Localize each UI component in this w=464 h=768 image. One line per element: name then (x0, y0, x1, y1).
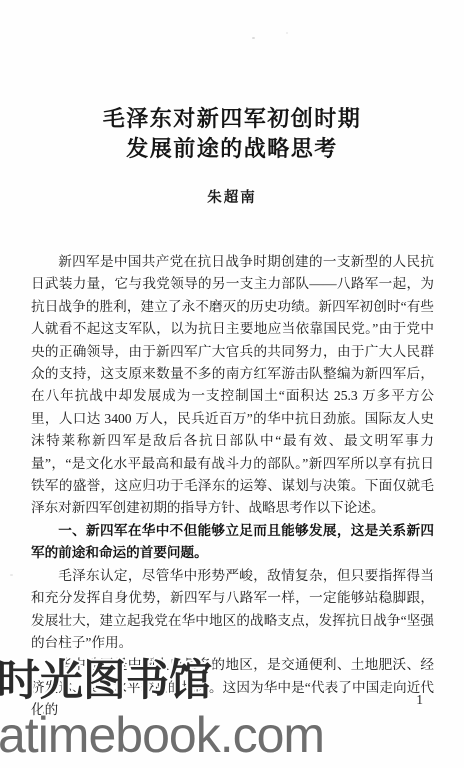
website-watermark-text: atimebook.com (0, 708, 324, 763)
article-title-line2: 发展前途的战略思考 (0, 134, 464, 164)
paragraph-intro: 新四军是中国共产党在抗日战争时期创建的一支新型的人民抗日武装力量，它与我党领导的… (31, 251, 434, 520)
scanned-book-page: 毛泽东对新四军初创时期 发展前途的战略思考 朱超南 新四军是中国共产党在抗日战争… (0, 0, 464, 768)
page-number: 1 (416, 692, 423, 708)
paragraph-2: 毛泽东认定，尽管华中形势严峻，敌情复杂，但只要指挥得当和充分发挥自身优势，新四军… (31, 565, 434, 655)
library-watermark-text: 时光图书馆 (0, 660, 212, 703)
section-heading-1: 一、新四军在华中不但能够立足而且能够发展，这是关系新四军的前途和命运的首要问题。 (31, 520, 434, 565)
author-name: 朱超南 (0, 186, 464, 207)
article-body: 新四军是中国共产党在抗日战争时期创建的一支新型的人民抗日武装力量，它与我党领导的… (31, 251, 434, 722)
scan-speckle (10, 574, 13, 576)
scan-speckle (286, 32, 288, 34)
article-title: 毛泽东对新四军初创时期 发展前途的战略思考 (0, 104, 464, 164)
scan-speckle (252, 37, 255, 39)
article-title-line1: 毛泽东对新四军初创时期 (0, 104, 464, 134)
